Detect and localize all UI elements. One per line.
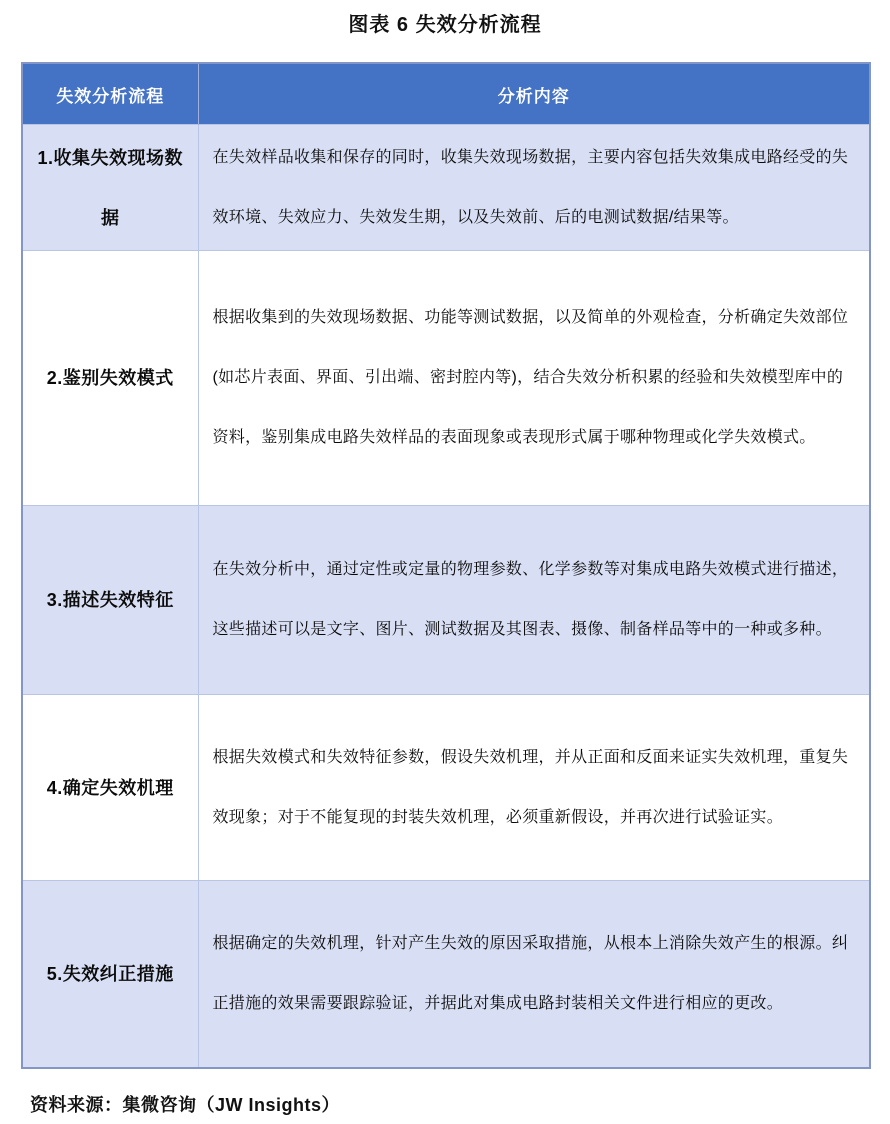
content-cell: 根据收集到的失效现场数据、功能等测试数据，以及简单的外观检查，分析确定失效部位(… xyxy=(198,251,870,506)
step-cell: 1.收集失效现场数据 xyxy=(22,125,198,251)
document-page: 图表 6 失效分析流程 失效分析流程 分析内容 1.收集失效现场数据 在失效样品… xyxy=(0,0,890,1124)
table-row: 5.失效纠正措施 根据确定的失效机理，针对产生失效的原因采取措施，从根本上消除失… xyxy=(22,881,870,1068)
table-header-row: 失效分析流程 分析内容 xyxy=(22,63,870,125)
source-note: 资料来源：集微咨询（JW Insights） xyxy=(30,1091,890,1117)
failure-analysis-table: 失效分析流程 分析内容 1.收集失效现场数据 在失效样品收集和保存的同时，收集失… xyxy=(21,62,871,1069)
column-header-content: 分析内容 xyxy=(198,63,870,125)
table-row: 1.收集失效现场数据 在失效样品收集和保存的同时，收集失效现场数据，主要内容包括… xyxy=(22,125,870,251)
content-cell: 在失效分析中，通过定性或定量的物理参数、化学参数等对集成电路失效模式进行描述，这… xyxy=(198,506,870,695)
column-header-process: 失效分析流程 xyxy=(22,63,198,125)
step-cell: 2.鉴别失效模式 xyxy=(22,251,198,506)
step-cell: 5.失效纠正措施 xyxy=(22,881,198,1068)
table-row: 4.确定失效机理 根据失效模式和失效特征参数，假设失效机理，并从正面和反面来证实… xyxy=(22,695,870,881)
table-row: 3.描述失效特征 在失效分析中，通过定性或定量的物理参数、化学参数等对集成电路失… xyxy=(22,506,870,695)
step-cell: 3.描述失效特征 xyxy=(22,506,198,695)
content-cell: 根据确定的失效机理，针对产生失效的原因采取措施，从根本上消除失效产生的根源。纠正… xyxy=(198,881,870,1068)
table-row: 2.鉴别失效模式 根据收集到的失效现场数据、功能等测试数据，以及简单的外观检查，… xyxy=(22,251,870,506)
figure-title: 图表 6 失效分析流程 xyxy=(0,0,890,37)
content-cell: 根据失效模式和失效特征参数，假设失效机理，并从正面和反面来证实失效机理，重复失效… xyxy=(198,695,870,881)
content-cell: 在失效样品收集和保存的同时，收集失效现场数据，主要内容包括失效集成电路经受的失效… xyxy=(198,125,870,251)
step-cell: 4.确定失效机理 xyxy=(22,695,198,881)
